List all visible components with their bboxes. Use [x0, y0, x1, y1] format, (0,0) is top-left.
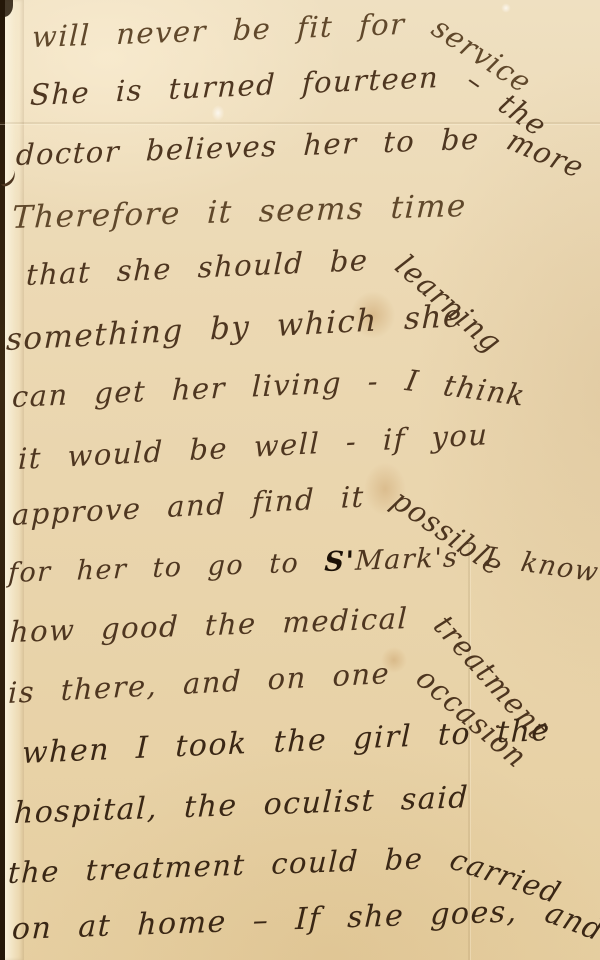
line-text: when I took the girl to the	[22, 713, 552, 771]
handwriting-line-5: that she should be learning	[26, 236, 530, 292]
line-text: for her to go to	[7, 547, 324, 589]
line-accent-text: S'	[324, 546, 356, 578]
handwriting-line-4: Therefore it seems time	[11, 188, 467, 236]
handwriting-line-13: when I took the girl to the	[22, 713, 552, 771]
handwriting-line-10: for her to go to S'Mark's I know	[7, 537, 600, 589]
line-text: approve and find it	[12, 478, 391, 532]
line-tail-text: I think	[403, 363, 529, 413]
line-text: that she should be	[26, 242, 395, 292]
line-text: on at home – If she goes,	[11, 893, 544, 947]
scan-edge-left	[0, 0, 5, 960]
letter-scan-page: will never be fit for service She is tur…	[0, 0, 600, 960]
handwriting-line-12: is there, and on one occasion	[8, 647, 556, 710]
line-text: how good the medical	[9, 600, 434, 649]
line-text: hospital, the oculist said	[13, 780, 469, 831]
line-text: it would be well - if you	[18, 417, 489, 476]
handwriting-line-6: something by which she	[6, 298, 463, 358]
line-tail-text: and	[540, 895, 600, 949]
handwriting-line-11: how good the medical treatment	[9, 595, 594, 649]
handwriting-line-7: can get her living - I think	[12, 357, 528, 414]
handwriting-line-15: the treatment could be carried	[7, 836, 566, 890]
handwriting-line-9: approve and find it possible	[12, 471, 523, 532]
line-tail-text: I know	[482, 542, 600, 589]
handwriting-line-2: She is turned fourteen – the	[30, 55, 559, 112]
line-text: is there, and on one	[8, 655, 416, 710]
line-text: can get her living -	[12, 363, 406, 414]
line-text: the treatment could be	[7, 841, 449, 890]
line-text: will never be fit for	[31, 6, 431, 54]
line-tail-text: more –	[501, 123, 600, 201]
paper-damage-spot	[210, 103, 226, 123]
handwriting-line-14: hospital, the oculist said	[13, 780, 469, 831]
handwriting-line-8: it would be well - if you	[18, 417, 489, 476]
line-text: Mark's	[355, 541, 484, 577]
handwriting-line-3: doctor believes her to be more –	[15, 117, 600, 172]
line-text: doctor believes her to be	[15, 121, 506, 172]
line-text: something by which she	[6, 298, 463, 358]
line-text: She is turned fourteen	[30, 59, 466, 112]
handwriting-line-16: on at home – If she goes, and	[11, 891, 600, 947]
line-text: Therefore it seems time	[11, 188, 467, 236]
handwriting-line-1: will never be fit for service	[31, 2, 547, 54]
